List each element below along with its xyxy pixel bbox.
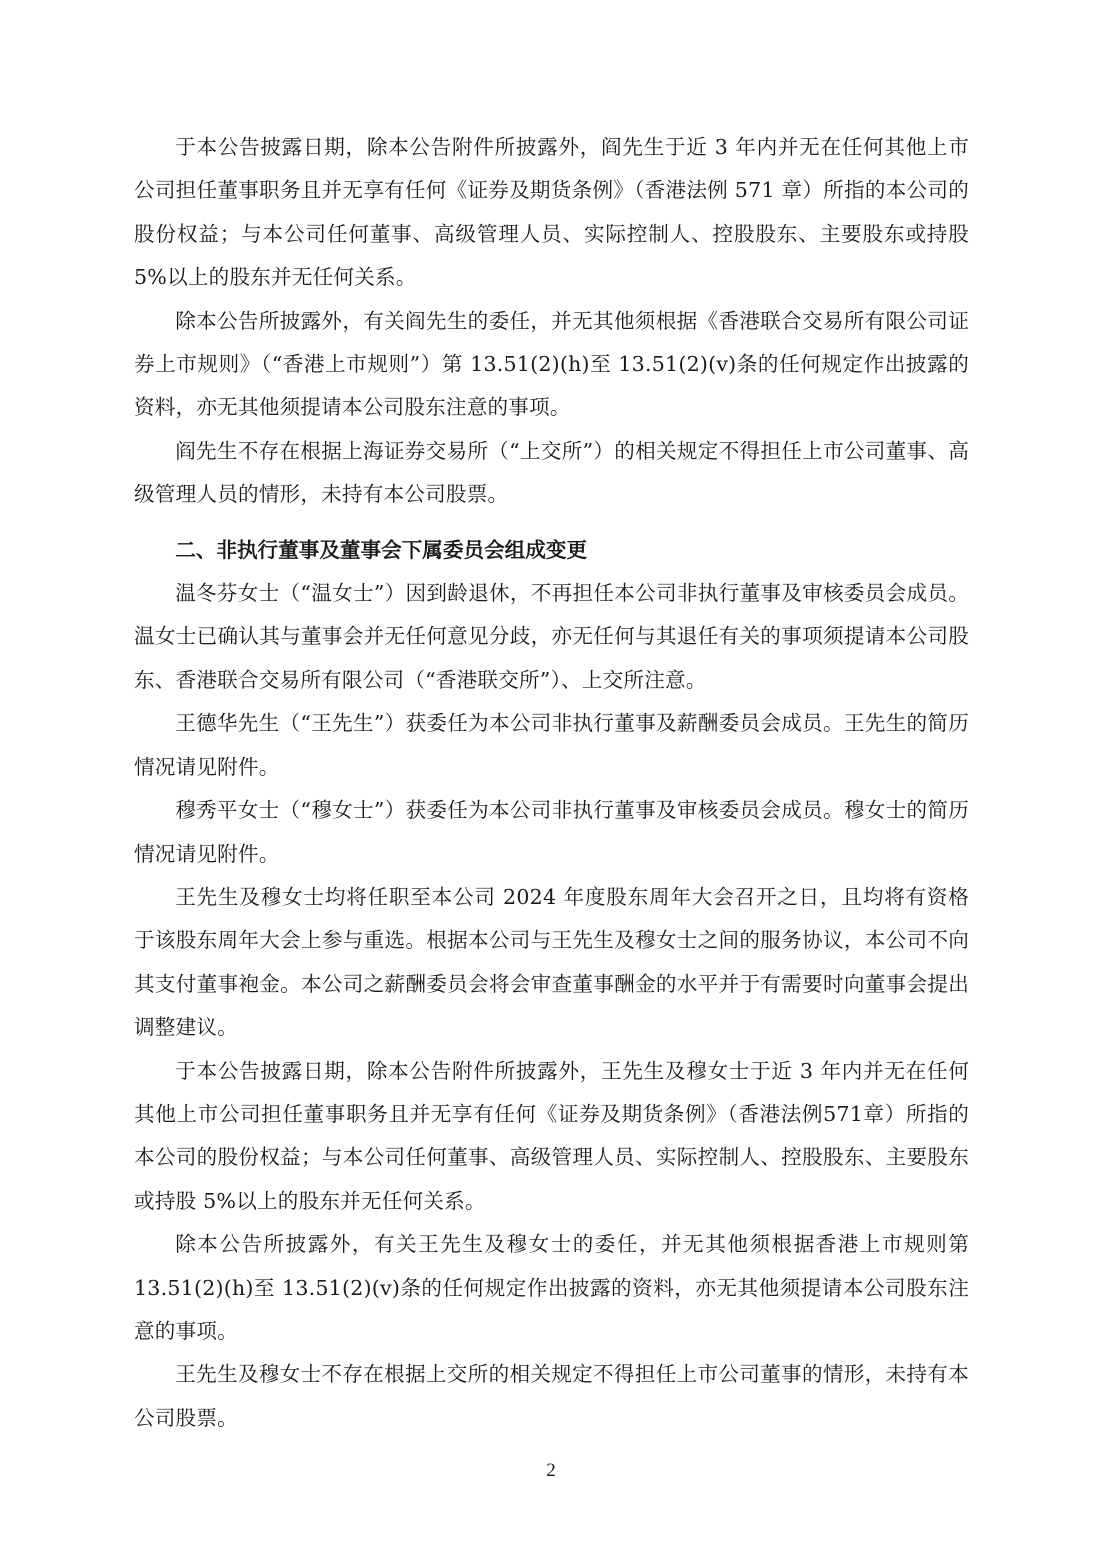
paragraph-yan-listing-rules: 除本公告所披露外，有关阎先生的委任，并无其他须根据《香港联合交易所有限公司证券上…	[134, 300, 969, 430]
paragraph-wang-mu-listing-rules: 除本公告所披露外，有关王先生及穆女士的委任，并无其他须根据香港上市规则第 13.…	[134, 1223, 969, 1353]
page-number: 2	[0, 1460, 1102, 1482]
paragraph-yan-disclosure: 于本公告披露日期，除本公告附件所披露外，阎先生于近 3 年内并无在任何其他上市公…	[134, 126, 969, 300]
paragraph-wen-retirement: 温冬芬女士（“温女士”）因到龄退休，不再担任本公司非执行董事及审核委员会成员。温…	[134, 572, 969, 702]
section-heading-non-executive-directors: 二、非执行董事及董事会下属委员会组成变更	[134, 529, 969, 572]
paragraph-wang-appointment: 王德华先生（“王先生”）获委任为本公司非执行董事及薪酬委员会成员。王先生的简历情…	[134, 702, 969, 789]
document-page: 于本公告披露日期，除本公告附件所披露外，阎先生于近 3 年内并无在任何其他上市公…	[134, 126, 969, 1440]
paragraph-wang-mu-disclosure: 于本公告披露日期，除本公告附件所披露外，王先生及穆女士于近 3 年内并无在任何其…	[134, 1050, 969, 1224]
paragraph-term-and-remuneration: 王先生及穆女士均将任职至本公司 2024 年度股东周年大会召开之日，且均将有资格…	[134, 876, 969, 1050]
paragraph-yan-sse: 阎先生不存在根据上海证券交易所（“上交所”）的相关规定不得担任上市公司董事、高级…	[134, 430, 969, 517]
paragraph-wang-mu-sse: 王先生及穆女士不存在根据上交所的相关规定不得担任上市公司董事的情形，未持有本公司…	[134, 1353, 969, 1440]
paragraph-mu-appointment: 穆秀平女士（“穆女士”）获委任为本公司非执行董事及审核委员会成员。穆女士的简历情…	[134, 789, 969, 876]
